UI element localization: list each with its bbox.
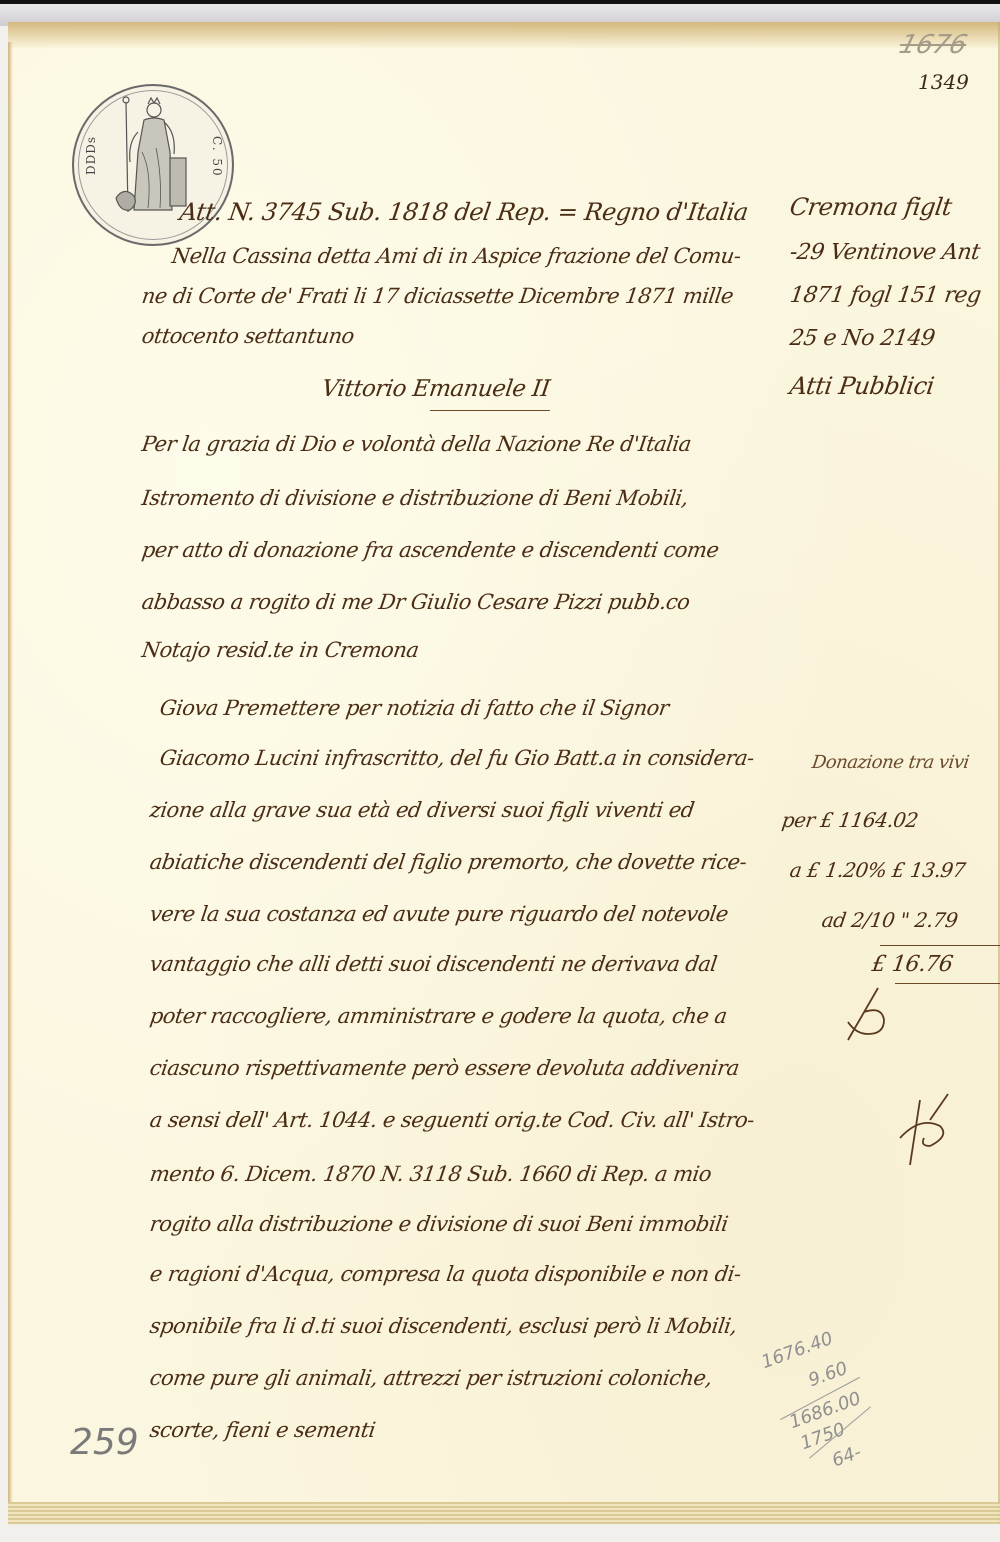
crossed-archive-number: 1676 [896, 30, 970, 60]
paper-bottom-edge [8, 1502, 1000, 1524]
body-line: abiatiche discendenti del figlio premort… [148, 850, 748, 874]
paper-left-edge [8, 42, 13, 1502]
body-line: rogito alla distribuzione e divisione di… [148, 1212, 729, 1236]
sovereign-name: Vittorio Emanuele II [320, 376, 551, 402]
body-line: poter raccogliere, amministrare e godere… [148, 1004, 728, 1028]
sum-rule [895, 983, 1000, 984]
body-line: Nella Cassina detta Ami di in Aspice fra… [170, 244, 742, 268]
folio-number: 259 [70, 1422, 139, 1463]
deed-reference-line: Att. N. 3745 Sub. 1818 del Rep. = Regno … [178, 198, 750, 226]
registration-line: 1871 fogl 151 reg [788, 283, 982, 308]
body-line: Giova Premettere per notizia di fatto ch… [158, 696, 670, 720]
body-line: a sensi dell' Art. 1044. e seguenti orig… [148, 1108, 755, 1132]
registration-line: Cremona figlt [788, 193, 953, 221]
body-line: Notajo resid.te in Cremona [140, 638, 420, 662]
body-line: Giacomo Lucini infrascritto, del fu Gio … [158, 746, 755, 770]
tax-line: a £ 1.20% £ 13.97 [788, 858, 966, 882]
body-line: scorte, fieni e sementi [148, 1418, 376, 1442]
tax-total: £ 16.76 [870, 952, 954, 977]
body-line: ne di Corte de' Frati li 17 diciassette … [140, 284, 734, 308]
body-line: zione alla grave sua età ed diversi suoi… [148, 798, 695, 822]
underline [430, 410, 550, 411]
stamp-denomination: C. 50 [210, 136, 224, 178]
body-line: ottocento settantuno [140, 324, 355, 348]
registration-line: 25 e No 2149 [788, 326, 936, 351]
tax-label: Donazione tra vivi [811, 752, 971, 773]
registrar-initials-icon [840, 980, 910, 1050]
body-line: vere la sua costanza ed avute pure rigua… [148, 902, 729, 926]
registration-line: Atti Pubblici [788, 372, 936, 400]
body-line: sponibile fra li d.ti suoi discendenti, … [148, 1314, 738, 1338]
body-line: vantaggio che alli detti suoi discendent… [148, 952, 718, 976]
stamp-left-text: DDDs [84, 136, 98, 175]
sum-rule [880, 945, 1000, 946]
registration-line: -29 Ventinove Ant [788, 240, 981, 265]
tax-line: per £ 1164.02 [780, 808, 919, 832]
body-line: per atto di donazione fra ascendente e d… [140, 538, 720, 562]
body-line: abbasso a rogito di me Dr Giulio Cesare … [140, 590, 691, 614]
body-line: e ragioni d'Acqua, compresa la quota dis… [148, 1262, 742, 1286]
tax-line: ad 2/10 " 2.79 [820, 908, 959, 932]
body-line: ciascuno rispettivamente però essere dev… [148, 1056, 740, 1080]
body-line: come pure gli animali, attrezzi per istr… [148, 1366, 713, 1390]
body-line: mento 6. Dicem. 1870 N. 3118 Sub. 1660 d… [148, 1162, 712, 1186]
notary-initials-icon [890, 1090, 970, 1170]
archive-number: 1349 [918, 70, 969, 94]
document-title-line: Istromento di divisione e distribuzione … [140, 486, 689, 510]
paper-stain [8, 22, 1000, 48]
body-line: Per la grazia di Dio e volontà della Naz… [140, 432, 692, 456]
